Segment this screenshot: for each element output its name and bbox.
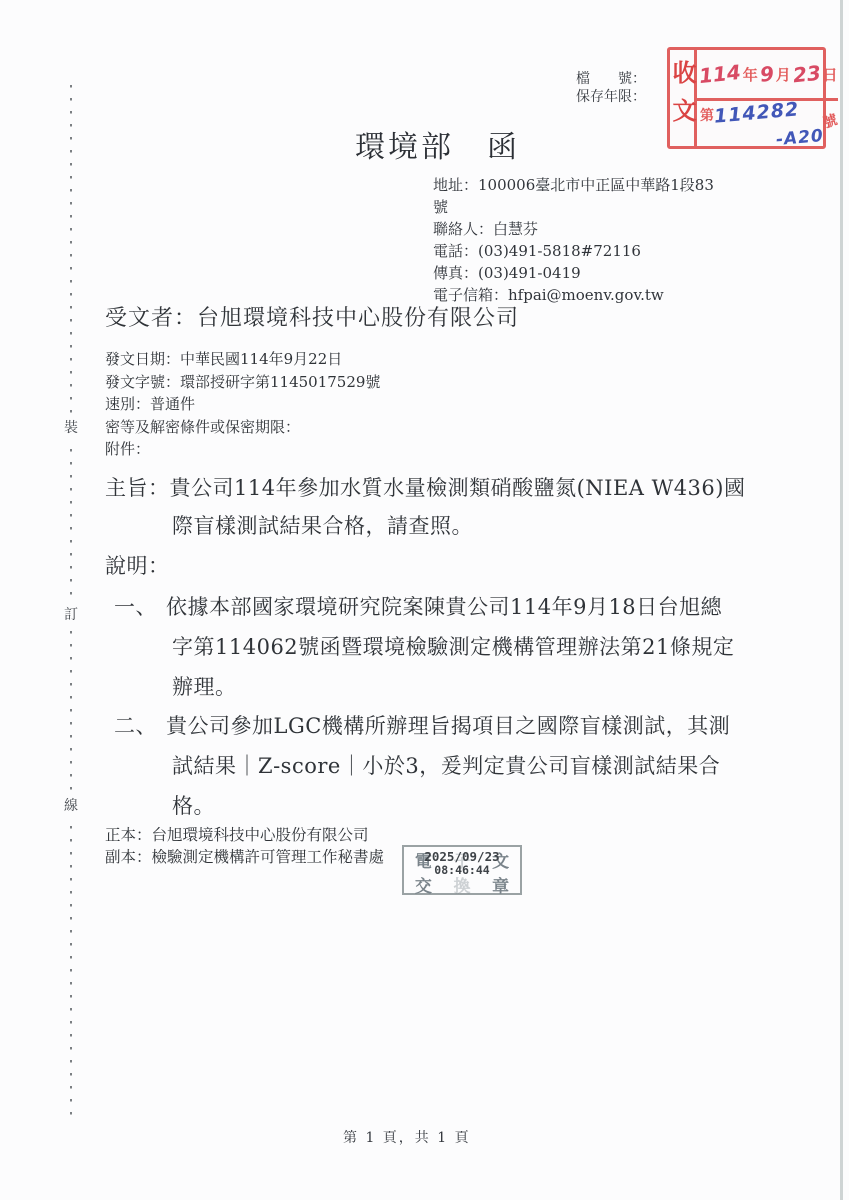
reference-number-line: 發文字號：環部授研字第1145017529號 — [105, 371, 380, 394]
estamp-datetime: 2025/09/23 08:46:44 — [404, 850, 520, 878]
explanation-item1-line3: 辦理。 — [172, 671, 237, 701]
receipt-stamp: 收文 114 年 9 月 23 日 第 114282 號 -A20 — [667, 47, 826, 149]
receipt-number-prefix: 第 — [700, 105, 714, 125]
archive-labels: 檔 號： 保存年限： — [576, 70, 646, 106]
receipt-date-month: 9 — [759, 61, 775, 86]
item2-number: 二、 — [114, 714, 157, 738]
page-number-footer: 第 1 頁，共 1 頁 — [343, 1127, 471, 1147]
receipt-stamp-date-row: 114 年 9 月 23 日 — [697, 50, 838, 101]
explanation-item2-line1: 二、貴公司參加LGC機構所辦理旨揭項目之國際盲樣測試，其測 — [114, 710, 730, 740]
receipt-stamp-side: 收文 — [670, 50, 697, 146]
electronic-exchange-stamp: 電 子 文 交 換 章 2025/09/23 08:46:44 — [402, 845, 522, 895]
retention-period-label: 保存年限： — [576, 88, 646, 106]
document-meta-block: 發文日期：中華民國114年9月22日 發文字號：環部授研字第1145017529… — [105, 348, 380, 461]
security-line: 密等及解密條件或保密期限： — [105, 416, 380, 439]
estamp-date: 2025/09/23 — [424, 850, 499, 864]
receipt-number-value: 114282 — [713, 99, 800, 128]
priority-line: 速別：普通件 — [105, 393, 380, 416]
receipt-number-extra: -A20 — [775, 126, 824, 150]
receipt-date-year: 114 — [698, 60, 742, 88]
scanned-official-letter: 裝 訂 線 檔 號： 保存年限： 收文 114 年 9 月 23 日 第 114… — [0, 0, 849, 1200]
item1-number: 一、 — [114, 595, 157, 619]
cc-copy-line: 副本：檢驗測定機構許可管理工作秘書處 — [105, 846, 384, 868]
file-number-label: 檔 號： — [576, 70, 646, 88]
explanation-item1-line1: 一、依據本部國家環境研究院案陳貴公司114年9月18日台旭總 — [114, 591, 722, 621]
explanation-label: 說明： — [105, 550, 170, 580]
receipt-month-unit: 月 — [776, 64, 791, 85]
attachment-line: 附件： — [105, 438, 380, 461]
sender-contact: 聯絡人：白慧芬 — [433, 218, 714, 240]
receipt-stamp-main: 114 年 9 月 23 日 第 114282 號 -A20 — [697, 50, 838, 146]
binding-mark-ding: 訂 — [62, 601, 80, 627]
item1-text-1: 依據本部國家環境研究院案陳貴公司114年9月18日台旭總 — [166, 595, 722, 619]
subject-label: 主旨： — [105, 476, 170, 500]
receipt-day-unit: 日 — [823, 64, 838, 85]
sender-address-line1: 地址：100006臺北市中正區中華路1段83 — [433, 174, 714, 196]
recipient-line: 受文者：台旭環境科技中心股份有限公司 — [105, 301, 519, 332]
subject-text-1: 貴公司114年參加水質水量檢測類硝酸鹽氮(NIEA W436)國 — [170, 476, 746, 500]
subject-line-2: 際盲樣測試結果合格，請查照。 — [172, 510, 473, 540]
document-title: 環境部 函 — [355, 122, 520, 166]
copies-block: 正本：台旭環境科技中心股份有限公司 副本：檢驗測定機構許可管理工作秘書處 — [105, 824, 384, 868]
explanation-item1-line2: 字第114062號函暨環境檢驗測定機構管理辦法第21條規定 — [172, 631, 734, 661]
issue-date-line: 發文日期：中華民國114年9月22日 — [105, 348, 380, 371]
original-copy-line: 正本：台旭環境科技中心股份有限公司 — [105, 824, 384, 846]
receipt-stamp-number-row: 第 114282 號 -A20 — [697, 101, 838, 146]
sender-info-block: 地址：100006臺北市中正區中華路1段83 號 聯絡人：白慧芬 電話：(03)… — [433, 174, 714, 306]
explanation-item2-line2: 試結果｜Z-score｜小於3，爰判定貴公司盲樣測試結果合 — [172, 750, 720, 780]
receipt-date-day: 23 — [792, 61, 822, 88]
binding-mark-zhuang: 裝 — [62, 414, 80, 440]
sender-address-line2: 號 — [433, 196, 714, 218]
item2-text-1: 貴公司參加LGC機構所辦理旨揭項目之國際盲樣測試，其測 — [166, 714, 730, 738]
scan-edge-line — [840, 0, 843, 1200]
explanation-item2-line3: 格。 — [172, 790, 215, 820]
sender-phone: 電話：(03)491-5818#72116 — [433, 240, 714, 262]
sender-fax: 傳真：(03)491-0419 — [433, 262, 714, 284]
estamp-time: 08:46:44 — [434, 864, 489, 877]
receipt-stamp-side-label: 收文 — [670, 60, 694, 136]
binding-mark-xian: 線 — [62, 792, 80, 818]
subject-line-1: 主旨：貴公司114年參加水質水量檢測類硝酸鹽氮(NIEA W436)國 — [105, 472, 745, 502]
receipt-year-unit: 年 — [743, 64, 758, 85]
